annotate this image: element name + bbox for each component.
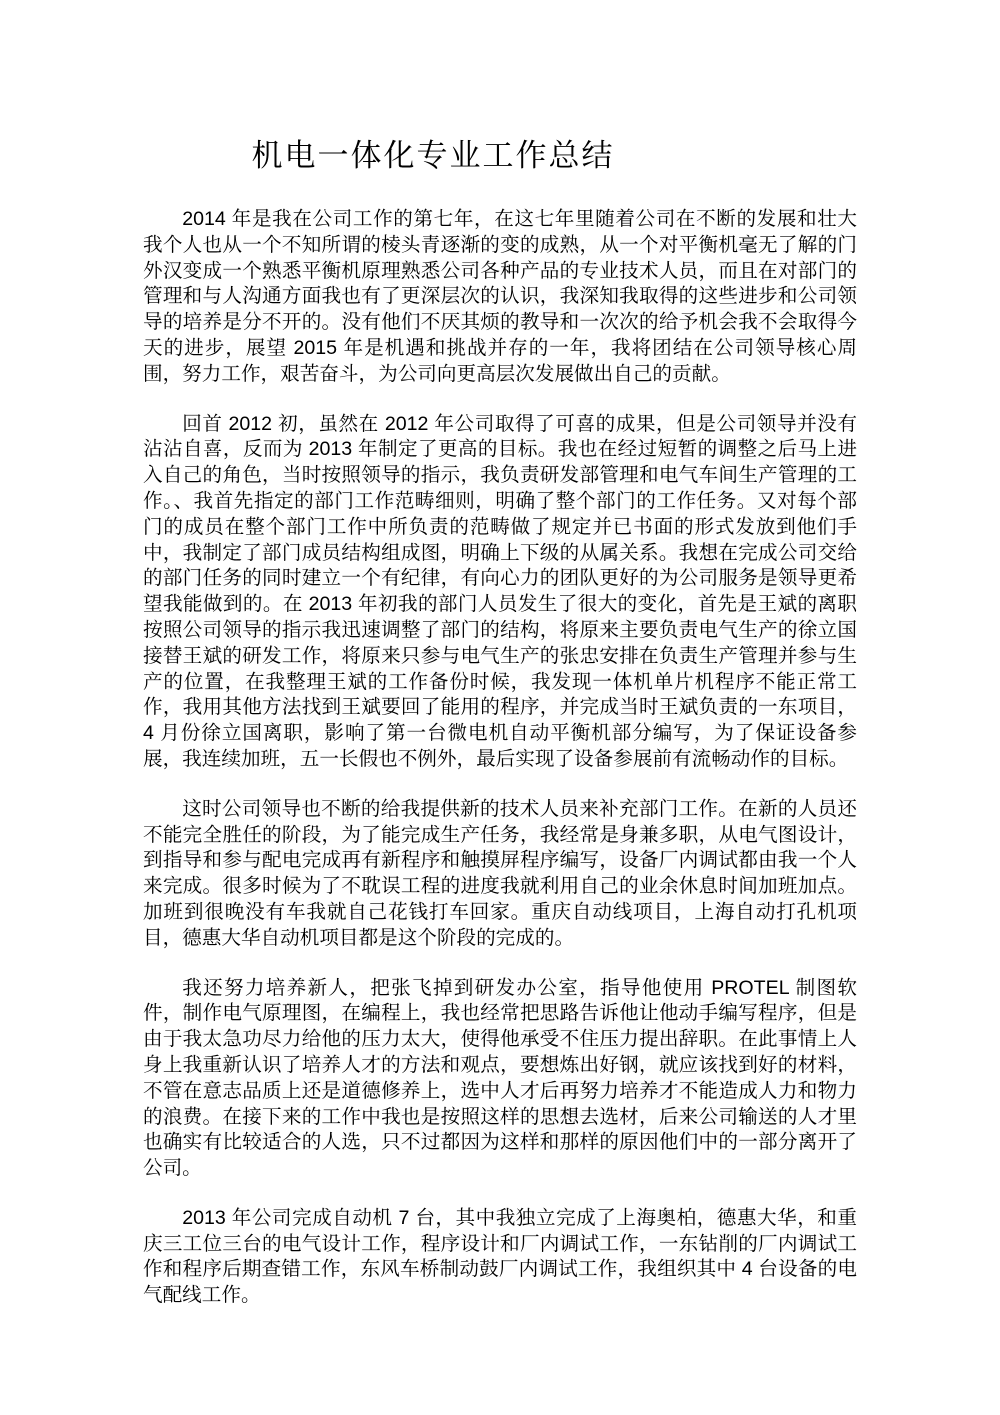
document-body: 2014 年是我在公司工作的第七年，在这七年里随着公司在不断的发展和壮大我个人也… [143,207,857,1309]
document-page: 机电一体化专业工作总结 2014 年是我在公司工作的第七年，在这七年里随着公司在… [0,0,1000,1415]
paragraph-5: 2013 年公司完成自动机 7 台，其中我独立完成了上海奥柏，德惠大华，和重庆三… [143,1206,857,1309]
paragraph-4: 我还努力培养新人，把张飞掉到研发办公室，指导他使用 PROTEL 制图软件，制作… [143,976,857,1182]
paragraph-1: 2014 年是我在公司工作的第七年，在这七年里随着公司在不断的发展和壮大我个人也… [143,207,857,388]
document-title: 机电一体化专业工作总结 [143,140,857,172]
paragraph-3: 这时公司领导也不断的给我提供新的技术人员来补充部门工作。在新的人员还不能完全胜任… [143,797,857,952]
paragraph-2: 回首 2012 初，虽然在 2012 年公司取得了可喜的成果，但是公司领导并没有… [143,412,857,773]
